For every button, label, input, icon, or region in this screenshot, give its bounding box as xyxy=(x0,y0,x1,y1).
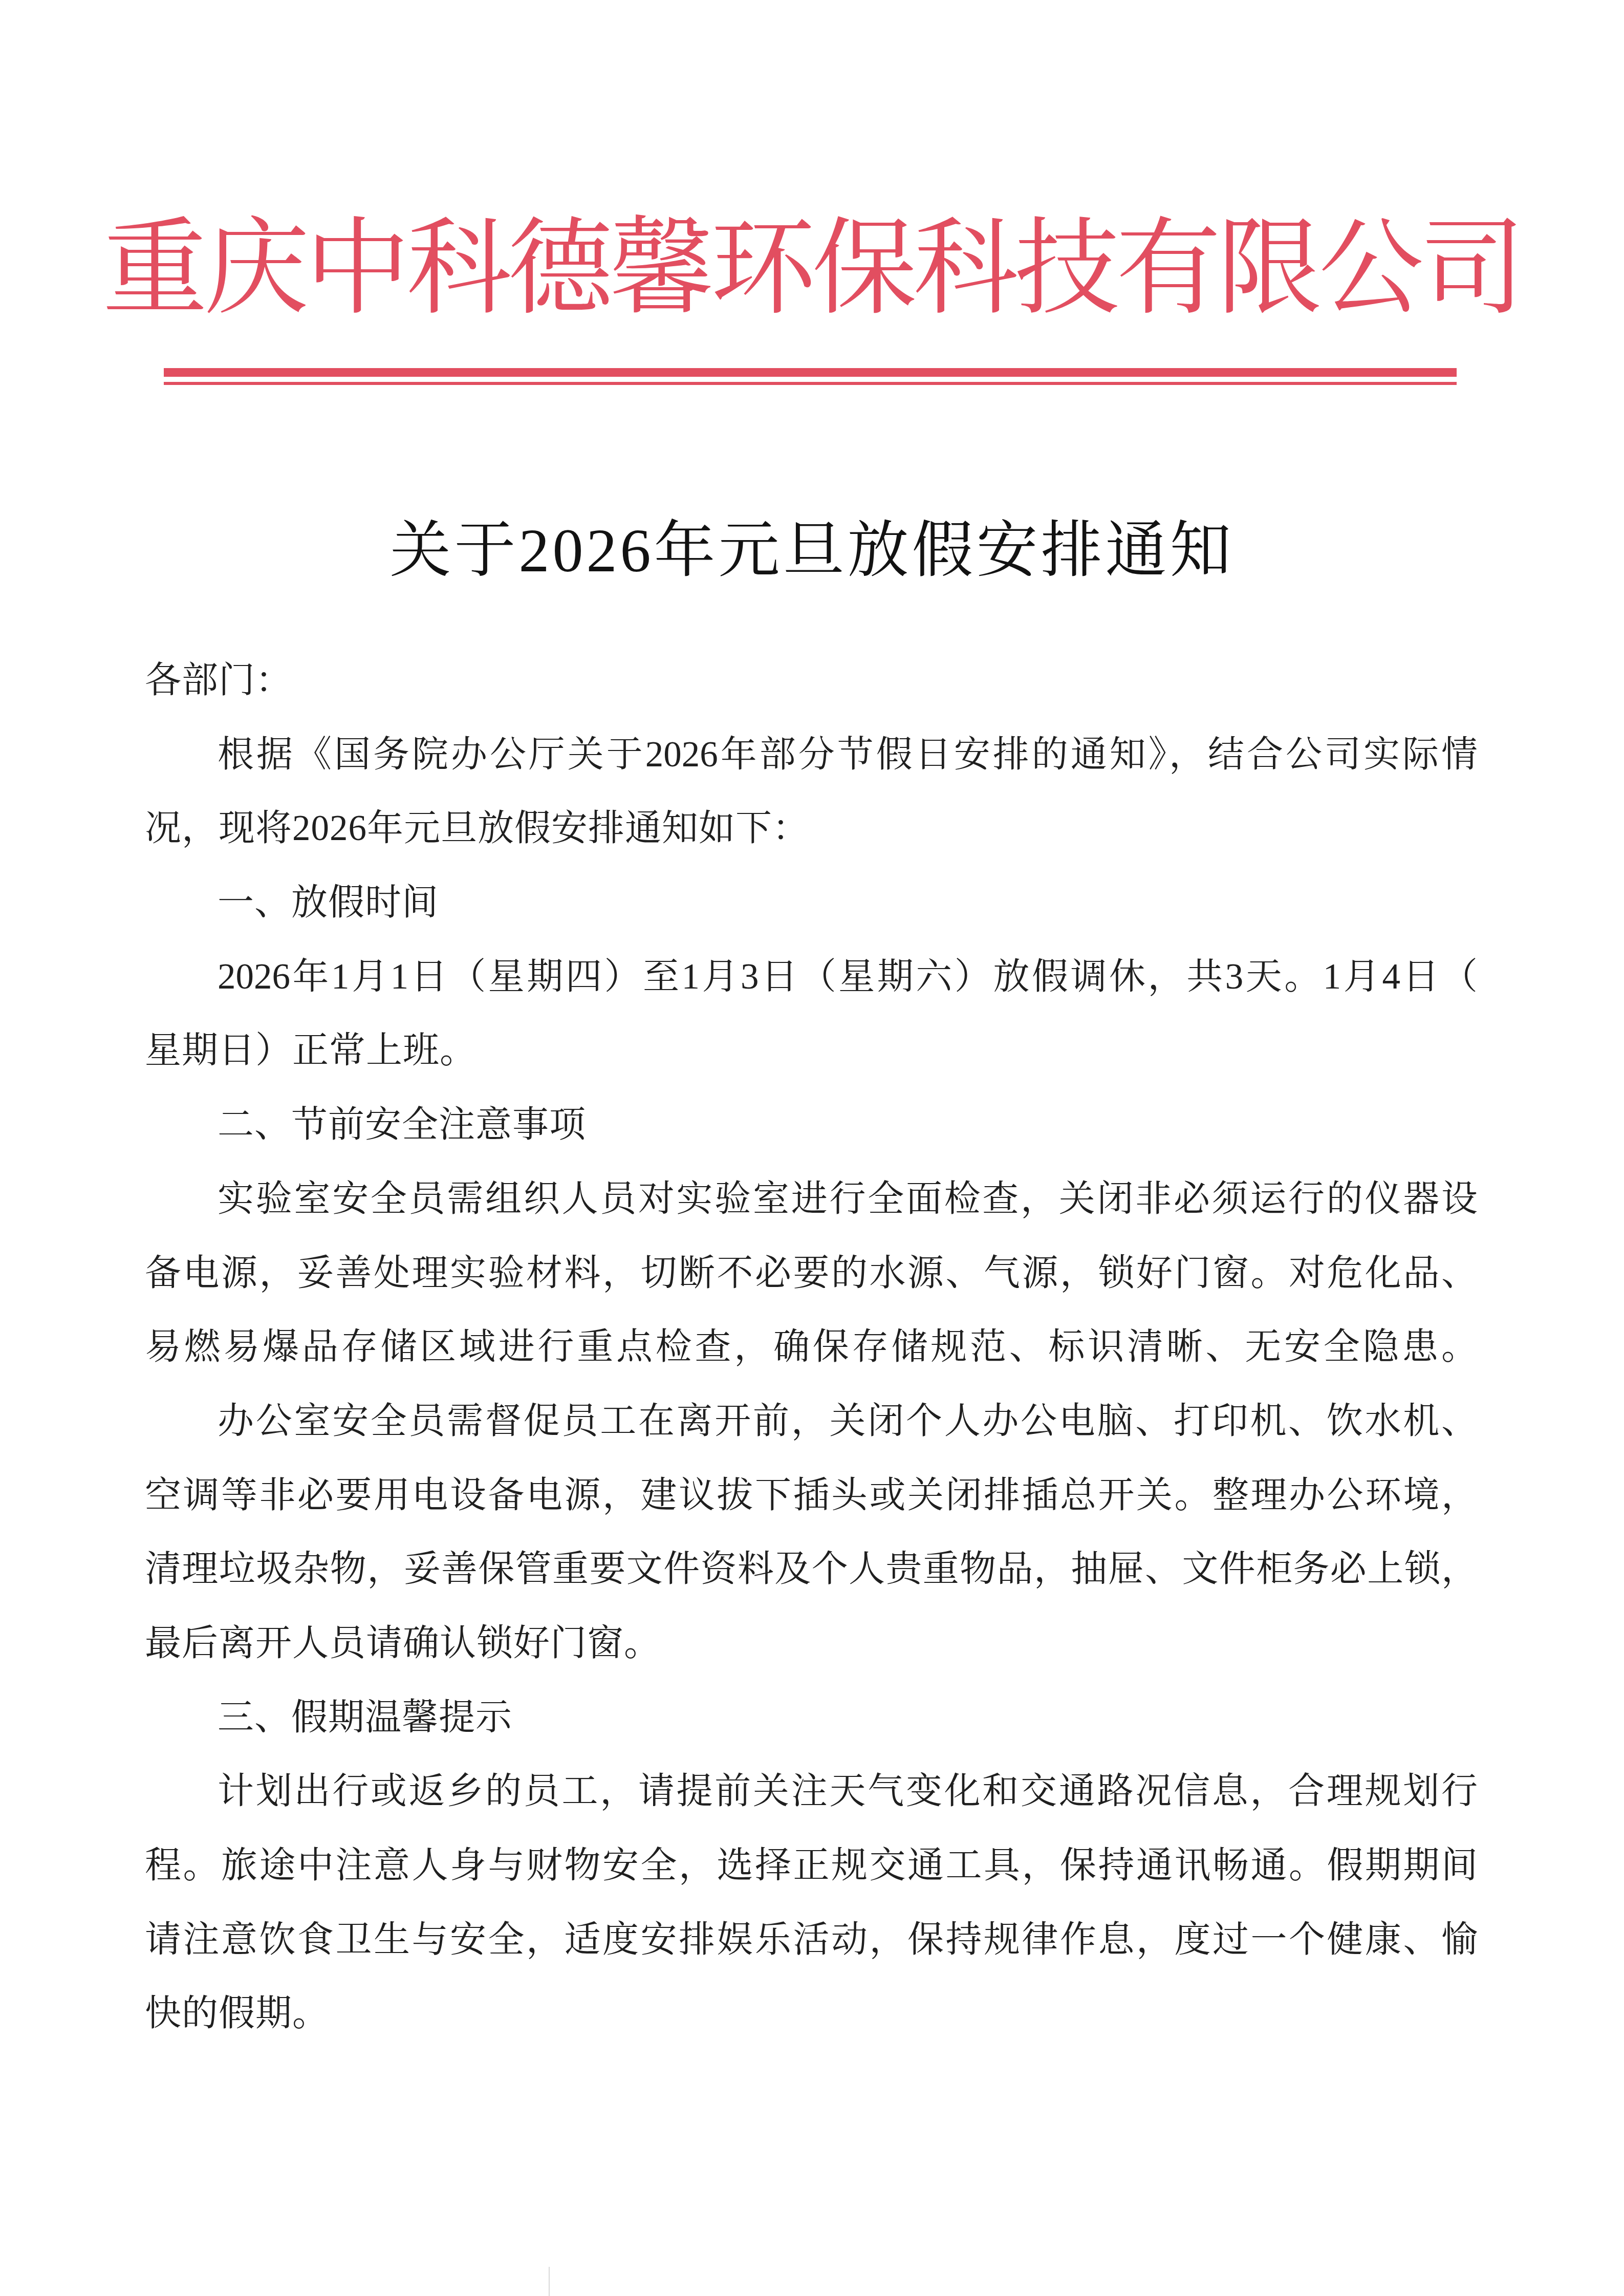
body-line: 二、节前安全注意事项 xyxy=(145,1088,1478,1162)
body-line: 易燃易爆品存储区域进行重点检查，确保存储规范、标识清晰、无安全隐患。 xyxy=(145,1310,1478,1384)
body-line: 快的假期。 xyxy=(145,1977,1478,2051)
body-line: 备电源，妥善处理实验材料，切断不必要的水源、气源，锁好门窗。对危化品、 xyxy=(145,1236,1478,1311)
scan-scratch-artifact xyxy=(549,2267,550,2296)
body-line: 最后离开人员请确认锁好门窗。 xyxy=(145,1606,1478,1681)
body-line: 实验室安全员需组织人员对实验室进行全面检查，关闭非必须运行的仪器设 xyxy=(145,1162,1478,1236)
body-line: 星期日）正常上班。 xyxy=(145,1014,1478,1088)
body-line: 三、假期温馨提示 xyxy=(145,1681,1478,1755)
body-line: 办公室安全员需督促员工在离开前，关闭个人办公电脑、打印机、饮水机、 xyxy=(145,1384,1478,1458)
body-line: 清理垃圾杂物，妥善保管重要文件资料及个人贵重物品，抽屉、文件柜务必上锁， xyxy=(145,1532,1478,1606)
company-letterhead: 重庆中科德馨环保科技有限公司 xyxy=(0,209,1624,330)
body-line: 2026年1月1日（星期四）至1月3日（星期六）放假调休，共3天。1月4日（ xyxy=(145,940,1478,1014)
body-line: 况，现将2026年元旦放假安排通知如下： xyxy=(145,791,1478,866)
body-line: 程。旅途中注意人身与财物安全，选择正规交通工具，保持通讯畅通。假期期间 xyxy=(145,1829,1478,1903)
notice-body: 各部门：根据《国务院办公厅关于2026年部分节假日安排的通知》，结合公司实际情况… xyxy=(145,643,1478,2051)
body-line: 各部门： xyxy=(145,643,1478,718)
body-line: 一、放假时间 xyxy=(145,866,1478,940)
letterhead-rule-thin xyxy=(164,382,1457,385)
notice-title: 关于2026年元旦放假安排通知 xyxy=(0,514,1624,588)
body-line: 空调等非必要用电设备电源，建议拔下插头或关闭排插总开关。整理办公环境， xyxy=(145,1458,1478,1533)
body-line: 计划出行或返乡的员工，请提前关注天气变化和交通路况信息，合理规划行 xyxy=(145,1754,1478,1829)
body-line: 根据《国务院办公厅关于2026年部分节假日安排的通知》，结合公司实际情 xyxy=(145,718,1478,792)
letterhead-rule-thick xyxy=(164,368,1457,377)
body-line: 请注意饮食卫生与安全，适度安排娱乐活动，保持规律作息，度过一个健康、愉 xyxy=(145,1903,1478,1977)
